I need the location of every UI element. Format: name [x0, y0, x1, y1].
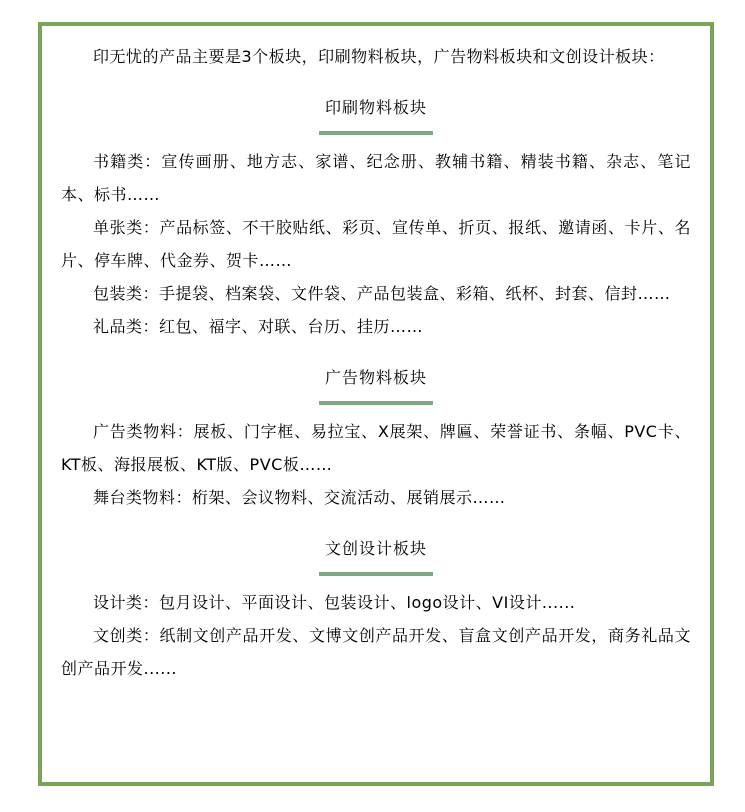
document-green-border-frame: 印无忧的产品主要是3个板块，印刷物料板块，广告物料板块和文创设计板块： 印刷物料… — [38, 22, 714, 786]
category-paragraph-stage-materials: 舞台类物料：桁架、会议物料、交流活动、展销展示…… — [61, 481, 691, 514]
section-heading-cultural-creative-design: 文创设计板块 — [61, 532, 691, 576]
category-paragraph-sheets: 单张类：产品标签、不干胶贴纸、彩页、宣传单、折页、报纸、邀请函、卡片、名片、停车… — [61, 211, 691, 277]
intro-paragraph: 印无忧的产品主要是3个板块，印刷物料板块，广告物料板块和文创设计板块： — [61, 40, 691, 73]
section-print-materials: 印刷物料板块 书籍类：宣传画册、地方志、家谱、纪念册、教辅书籍、精装书籍、杂志、… — [61, 91, 691, 343]
heading-wrap: 文创设计板块 — [319, 532, 433, 576]
category-paragraph-gifts: 礼品类：红包、福字、对联、台历、挂历…… — [61, 310, 691, 343]
heading-text: 广告物料板块 — [319, 361, 433, 394]
category-paragraph-ad-materials: 广告类物料：展板、门字框、易拉宝、X展架、牌匾、荣誉证书、条幅、PVC卡、KT板… — [61, 415, 691, 481]
section-heading-advertising-materials: 广告物料板块 — [61, 361, 691, 405]
section-cultural-creative-design: 文创设计板块 设计类：包月设计、平面设计、包装设计、logo设计、VI设计...… — [61, 532, 691, 685]
heading-double-underline — [319, 131, 433, 135]
section-heading-print-materials: 印刷物料板块 — [61, 91, 691, 135]
heading-wrap: 广告物料板块 — [319, 361, 433, 405]
heading-text: 印刷物料板块 — [319, 91, 433, 124]
category-paragraph-packaging: 包装类：手提袋、档案袋、文件袋、产品包装盒、彩箱、纸杯、封套、信封…… — [61, 277, 691, 310]
heading-wrap: 印刷物料板块 — [319, 91, 433, 135]
category-paragraph-cultural-creative: 文创类：纸制文创产品开发、文博文创产品开发、盲盒文创产品开发，商务礼品文创产品开… — [61, 619, 691, 685]
heading-double-underline — [319, 572, 433, 576]
heading-double-underline — [319, 401, 433, 405]
heading-text: 文创设计板块 — [319, 532, 433, 565]
category-paragraph-books: 书籍类：宣传画册、地方志、家谱、纪念册、教辅书籍、精装书籍、杂志、笔记本、标书…… — [61, 145, 691, 211]
section-advertising-materials: 广告物料板块 广告类物料：展板、门字框、易拉宝、X展架、牌匾、荣誉证书、条幅、P… — [61, 361, 691, 514]
category-paragraph-design: 设计类：包月设计、平面设计、包装设计、logo设计、VI设计...... — [61, 586, 691, 619]
